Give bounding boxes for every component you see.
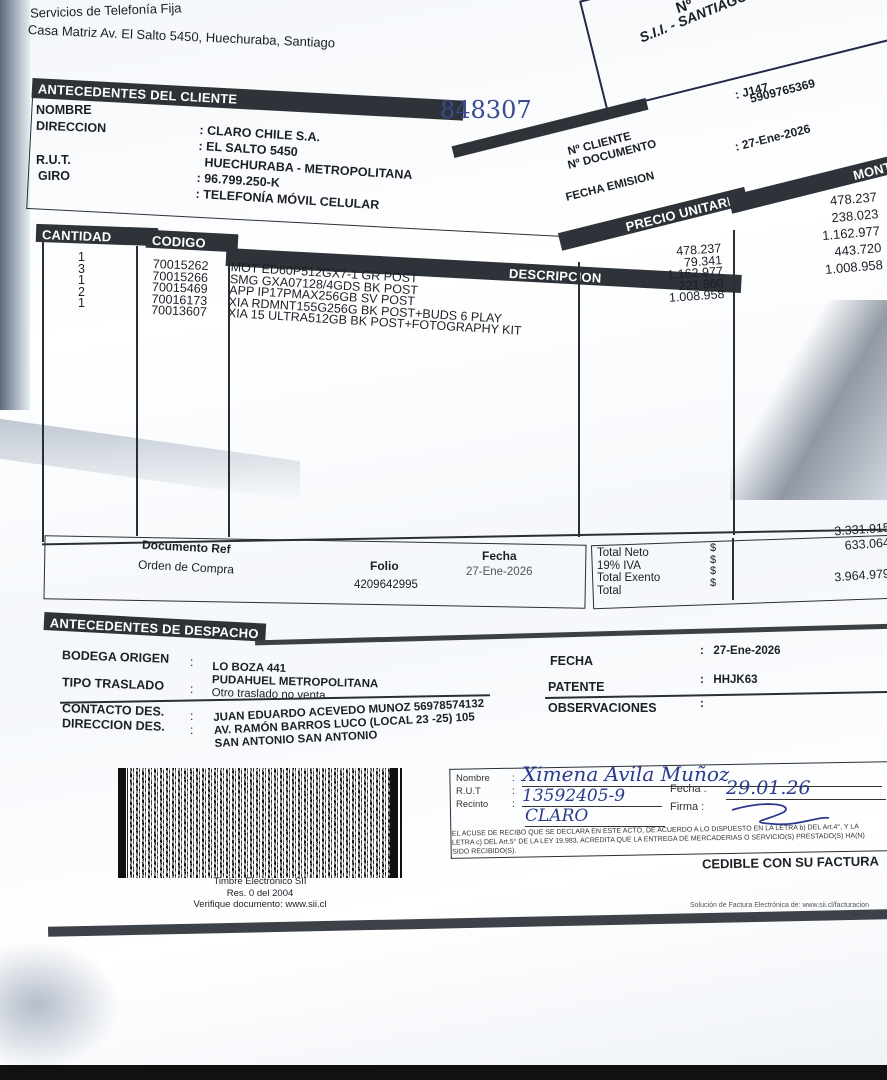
paper-crease — [0, 940, 120, 1070]
receipt-rut[interactable]: 13592405-9 — [522, 786, 662, 807]
ref-header-folio: Folio — [370, 559, 399, 573]
column-cantidad: 13121 — [78, 252, 85, 310]
ref-folio: 4209642995 — [354, 579, 418, 591]
receipt-fecha[interactable]: 29.01.26 — [726, 777, 886, 800]
column-monto: 478.237238.0231.162.977443.7201.008.958 — [786, 188, 883, 281]
patente: HHJK63 — [713, 674, 757, 686]
label-receipt-fecha: Fecha : — [670, 783, 707, 795]
barcode-edge — [390, 768, 398, 878]
label-receipt-recinto: Recinto — [456, 798, 490, 811]
currency-column: $ $ $ $ — [710, 543, 716, 589]
pdf417-barcode — [118, 768, 403, 878]
totals-divider — [732, 538, 734, 600]
paper-crease — [730, 300, 887, 500]
cell-cantidad: 1 — [78, 298, 85, 310]
currency-symbol: $ — [710, 578, 716, 590]
footer-solution: Solución de Factura Electrónica de: www.… — [690, 902, 869, 909]
column-precio: 478.23779.3411.162.977221.8601.008.958 — [638, 243, 725, 306]
label-receipt-rut: R.U.T — [456, 785, 490, 798]
label-observaciones: OBSERVACIONES — [548, 701, 657, 715]
ref-fecha: 27-Ene-2026 — [466, 566, 533, 578]
table-divider — [733, 230, 735, 535]
label-rut: R.U.T. — [36, 153, 71, 167]
label-dispatch-fecha: FECHA — [550, 654, 593, 668]
cedible-label: CEDIBLE CON SU FACTURA — [702, 853, 879, 871]
table-border — [42, 242, 44, 542]
barcode-edge — [118, 768, 126, 878]
label-total: Total — [597, 585, 660, 598]
label-nombre: NOMBRE — [36, 103, 92, 117]
label-giro: GIRO — [38, 169, 70, 183]
client-values: : CLARO CHILE S.A. : EL SALTO 5450 HUECH… — [195, 122, 415, 215]
observaciones-row: : — [700, 698, 713, 710]
dispatch-colons: :::: — [190, 656, 193, 737]
table-divider — [578, 262, 580, 537]
receipt-colons: ::: — [512, 772, 515, 811]
label-direccion: DIRECCION — [36, 119, 107, 135]
ref-header-fecha: Fecha — [482, 549, 517, 563]
label-receipt-firma: Firma : — [670, 801, 704, 813]
currency-symbol: $ — [710, 566, 716, 578]
timbre-line-3: Verifique documento: www.sii.cl — [100, 899, 420, 911]
table-divider — [136, 246, 138, 536]
column-codigo: 7001526270015266700154697001617370013607 — [151, 259, 209, 318]
receipt-recinto[interactable]: CLARO — [525, 806, 665, 827]
currency-symbol: $ — [710, 543, 716, 555]
label-receipt-nombre: Nombre — [456, 772, 490, 785]
label-patente: PATENTE — [548, 680, 604, 694]
label-total-neto: Total Neto — [597, 547, 660, 560]
dispatch-fecha: 27-Ene-2026 — [713, 645, 780, 657]
label-total-exento: Total Exento — [597, 572, 660, 585]
timbre-text: Timbre Electrónico SII Res. 0 del 2004 V… — [100, 876, 420, 911]
totals-labels: Total Neto 19% IVA Total Exento Total — [597, 547, 660, 597]
background-edge — [0, 1065, 887, 1080]
timbre-line-1: Timbre Electrónico SII — [100, 876, 420, 888]
patente-row: : HHJK63 — [700, 674, 758, 686]
timbre-line-2: Res. 0 del 2004 — [100, 888, 420, 900]
label-iva: 19% IVA — [597, 560, 660, 573]
dispatch-fecha-row: : 27-Ene-2026 — [700, 645, 781, 657]
cell-codigo: 70013607 — [151, 305, 207, 318]
receipt-labels: Nombre R.U.T Recinto — [456, 772, 490, 811]
